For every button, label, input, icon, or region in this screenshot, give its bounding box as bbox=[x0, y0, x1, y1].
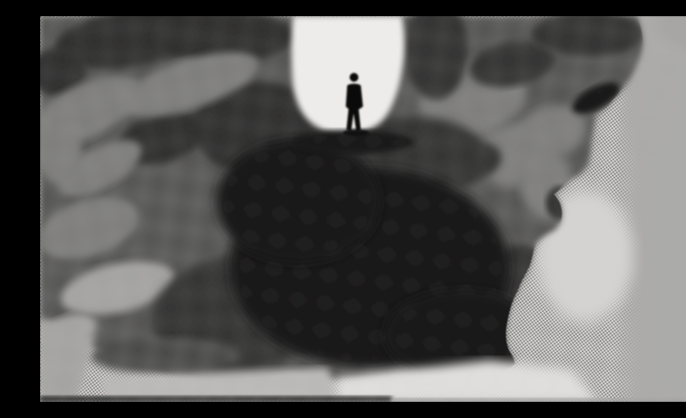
person-torso bbox=[346, 84, 363, 111]
halftone-artwork bbox=[40, 16, 686, 402]
bottom-edge-strip-right bbox=[392, 398, 686, 402]
person-head bbox=[350, 73, 359, 82]
bottom-edge-strip-left bbox=[40, 396, 392, 402]
bottom-dark-blob bbox=[90, 338, 240, 374]
hair-mass-dark bbox=[216, 139, 380, 263]
person-feet-shadow bbox=[343, 130, 369, 136]
halftone-collage-svg bbox=[40, 16, 686, 402]
